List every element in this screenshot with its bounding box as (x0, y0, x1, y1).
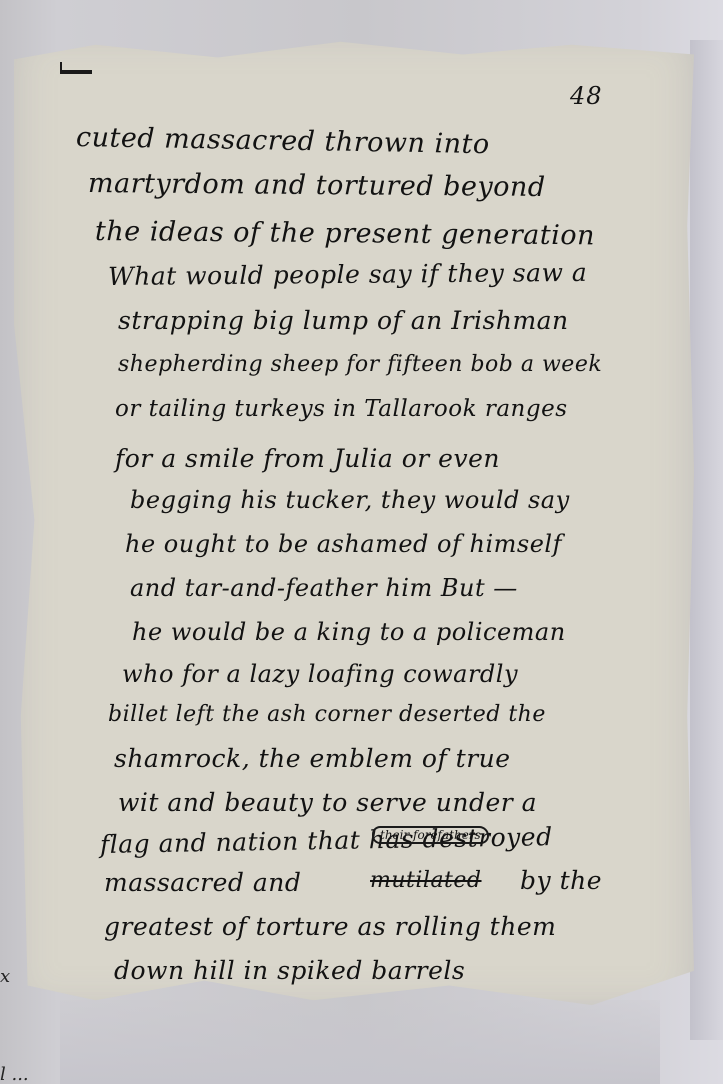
text-line: for a smile from Julia or even (115, 444, 500, 473)
text-line: greatest of torture as rolling them (104, 912, 556, 941)
text-line: shamrock, the emblem of true (114, 744, 511, 773)
text-line: shepherding sheep for fifteen bob a week (118, 352, 602, 377)
text-line: massacred and (104, 868, 301, 897)
interlinear-insertion: their forefathers (372, 826, 489, 844)
text-line: the ideas of the present generation (95, 216, 595, 251)
text-line: he ought to be ashamed of himself (125, 530, 562, 558)
struck-word: mutilated (370, 868, 482, 893)
text-line: strapping big lump of an Irishman (118, 306, 569, 335)
margin-mark: x (0, 966, 10, 987)
text-line: begging his tucker, they would say (130, 486, 570, 514)
text-line: he would be a king to a policeman (132, 618, 566, 646)
text-line: martyrdom and tortured beyond (88, 168, 546, 203)
text-line: or tailing turkeys in Tallarook ranges (115, 396, 568, 422)
text-line: billet left the ash corner deserted the (108, 702, 546, 727)
text-line: What would people say if they saw a (108, 258, 588, 291)
page-shadow (690, 40, 723, 1040)
page-number: 48 (570, 82, 603, 110)
text-line: down hill in spiked barrels (114, 956, 465, 985)
corner-mark (60, 62, 92, 74)
text-line: and tar-and-feather him But — (130, 574, 518, 602)
page-bottom-fade (60, 1000, 660, 1084)
text-line: wit and beauty to serve under a (118, 788, 537, 817)
text-line: who for a lazy loafing cowardly (122, 660, 518, 688)
text-line: by the (520, 866, 602, 895)
margin-mark: l ... (0, 1064, 29, 1084)
